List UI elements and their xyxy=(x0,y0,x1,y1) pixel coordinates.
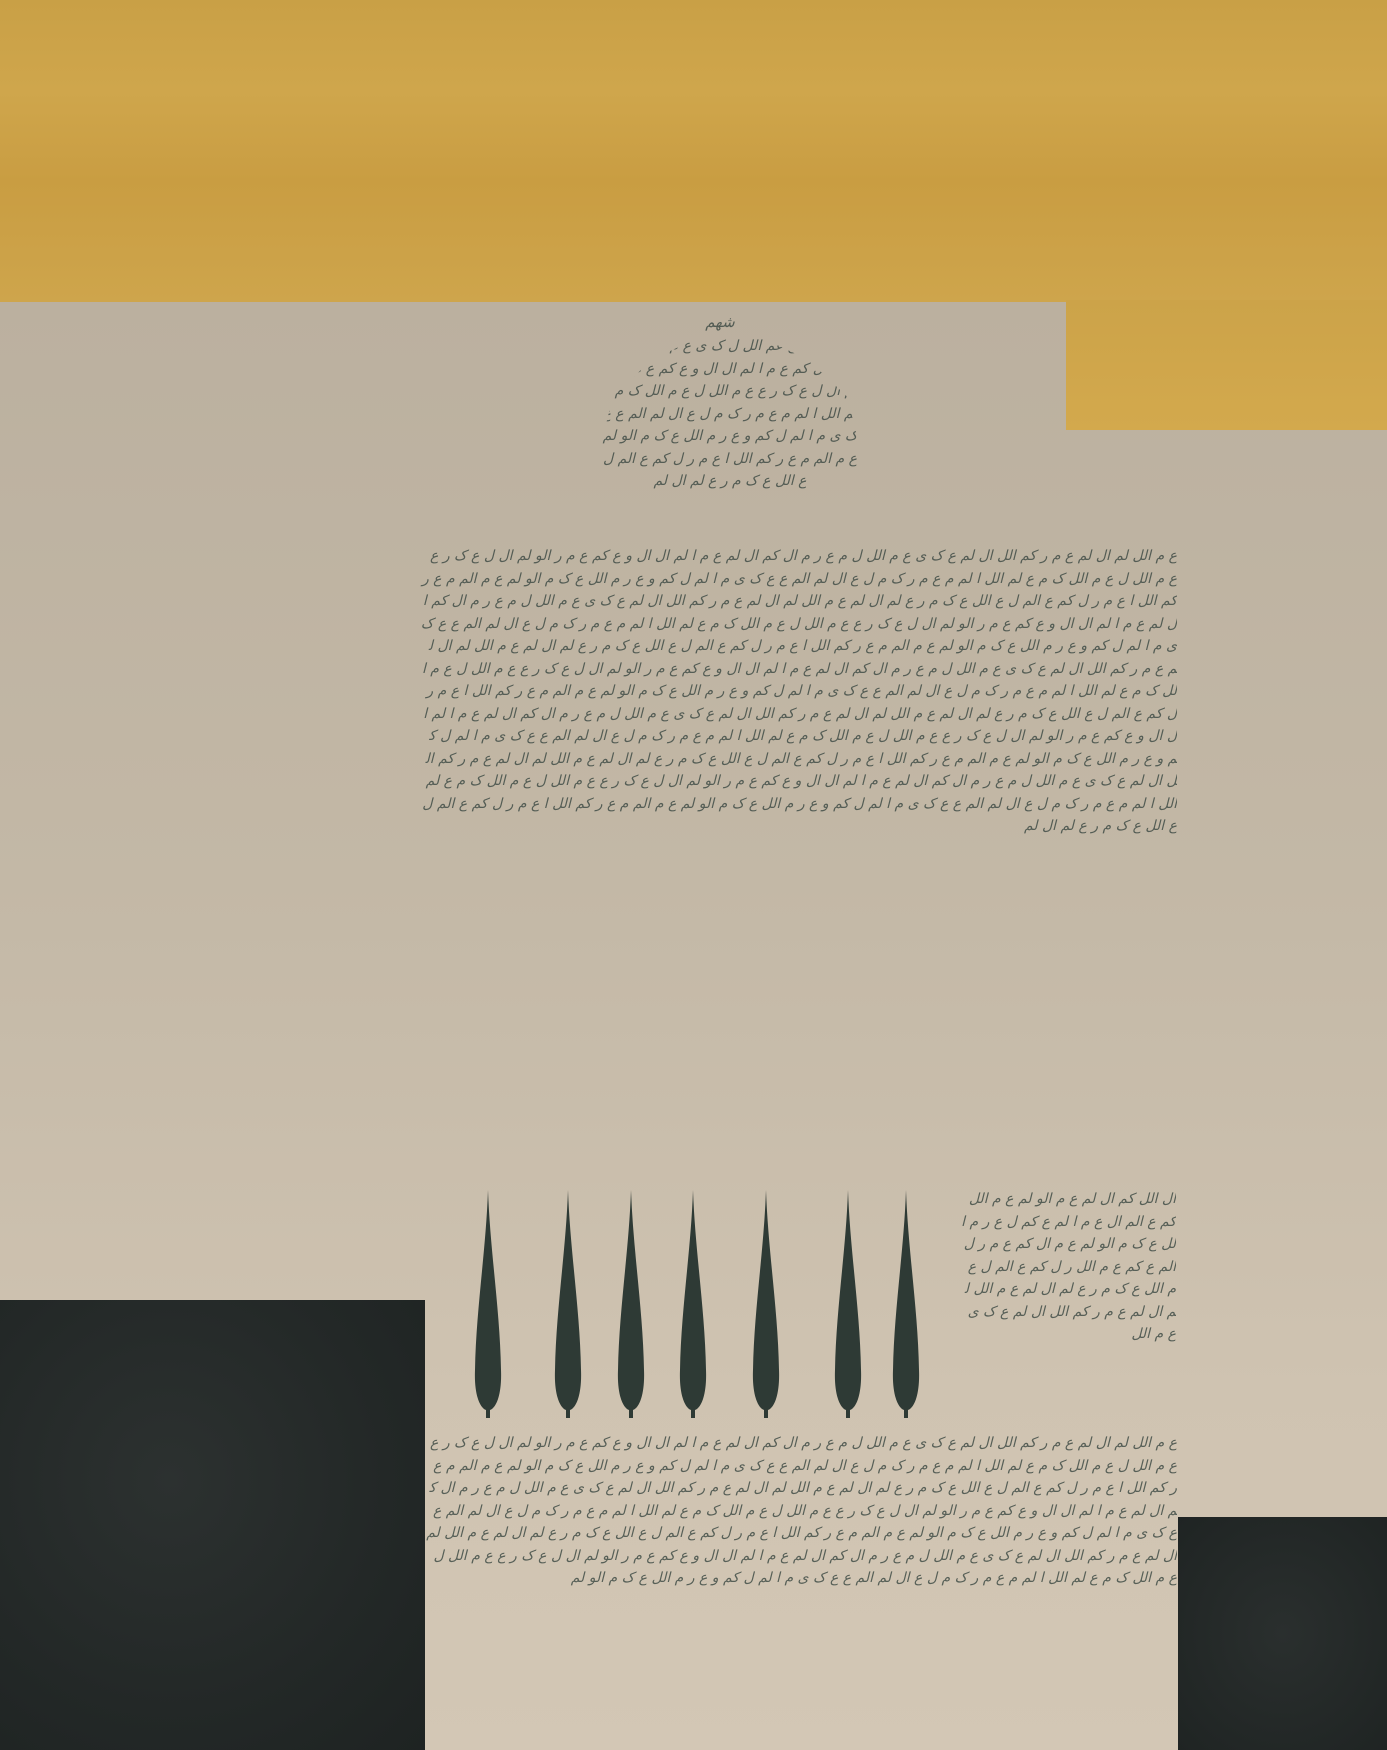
black-block-left xyxy=(0,1300,425,1750)
cypress-icon xyxy=(470,1190,506,1418)
cypress-icon xyxy=(888,1190,924,1418)
gold-leaf-step xyxy=(1066,300,1387,430)
main-script-block: ع م الل لم ال لم ع م ر کم الل ال لم ع ک … xyxy=(420,545,1177,1185)
cypress-icon xyxy=(550,1190,586,1418)
cypress-icon xyxy=(675,1190,711,1418)
cypress-icon xyxy=(748,1190,784,1418)
gold-leaf-band xyxy=(0,0,1387,302)
dome-title-script: ﺷﻬﻢ xyxy=(680,312,760,332)
cypress-icon xyxy=(830,1190,866,1418)
bottom-script-block: ع م الل لم ال لم ع م ر کم الل ال لم ع ک … xyxy=(425,1432,1177,1750)
side-script-column: ال الل کم ال لم ع م الو لم ع م الل کم ع … xyxy=(958,1188,1176,1428)
black-block-right xyxy=(1178,1517,1387,1750)
cypress-icon xyxy=(613,1190,649,1418)
cypress-row xyxy=(470,1190,940,1420)
